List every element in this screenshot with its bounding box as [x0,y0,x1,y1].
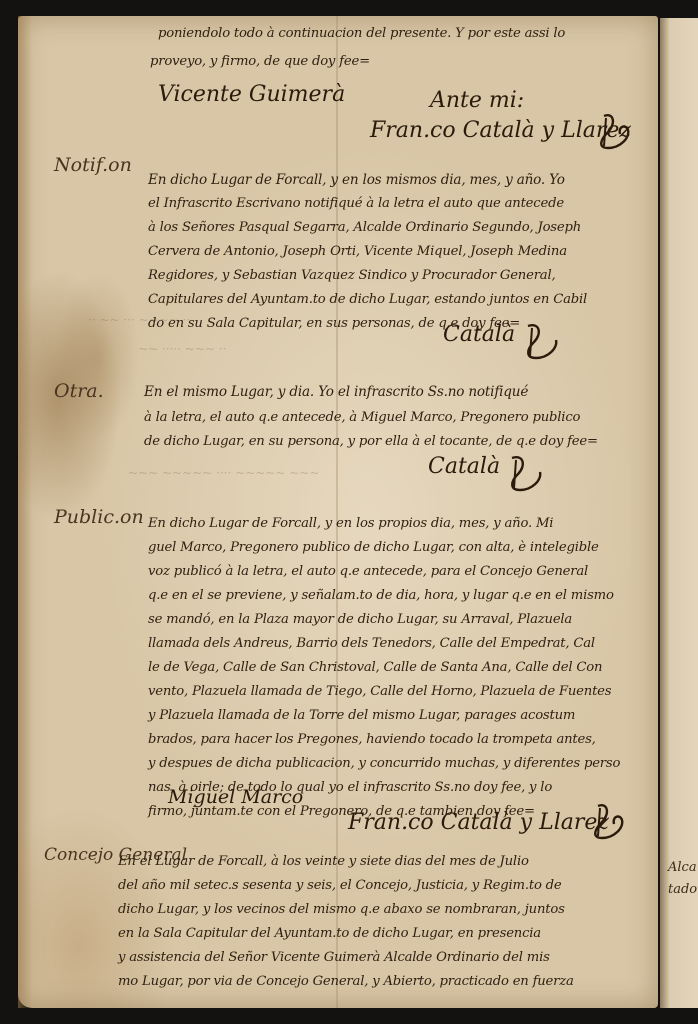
header-line: poniendolo todo à continuacion del prese… [158,26,565,41]
notary-rubric-icon [584,802,628,842]
notary-rubric-icon [590,112,634,152]
adjacent-text-fragment: Alca [668,860,697,875]
notary-rubric-icon [518,322,562,362]
text-line: y assistencia del Señor Vicente Guimerà … [118,950,550,965]
text-line: de dicho Lugar, en su persona, y por ell… [144,434,598,449]
bleed-through-text: ~~~ ~~~~~ ···· ~~~~~ ~~~ [128,466,319,480]
text-line: llamada dels Andreus, Barrio dels Tenedo… [148,636,595,651]
text-line: se mandó, en la Plaza mayor de dicho Lug… [148,612,572,627]
text-line: del año mil setec.s sesenta y seis, el C… [118,878,562,893]
signature-francisco-catala: Fran.co Català y Llarez [348,810,609,835]
ante-mi-label: Ante mi: [430,88,524,113]
text-line: guel Marco, Pregonero publico de dicho L… [148,540,599,555]
header-line: proveyo, y firmo, de que doy fee= [150,54,370,69]
adjacent-text-fragment: tado [668,882,697,897]
text-line: à los Señores Pasqual Segarra, Alcalde O… [148,220,581,235]
text-line: mo Lugar, por via de Concejo General, y … [118,974,574,989]
text-line: à la letra, el auto q.e antecede, à Migu… [144,410,580,425]
signature-vicente-guimera: Vicente Guimerà [158,82,345,107]
text-line: le de Vega, Calle de San Christoval, Cal… [148,660,602,675]
signature-catala: Català [443,322,515,347]
text-line: en la Sala Capitular del Ayuntam.to de d… [118,926,541,941]
manuscript-page: ·· ~~ ··· ~~~~ ·· ~~ ····· ~~~ ·· ~~~ ~~… [18,16,658,1008]
signature-miguel-marco: Miguel Marco [168,786,303,808]
text-line: En dicho Lugar de Forcall, y en los mism… [148,172,565,188]
notary-rubric-icon [502,454,546,494]
text-line: y despues de dicha publicacion, y concur… [148,756,620,771]
text-line: En el mismo Lugar, y dia. Yo el infrascr… [144,384,528,400]
text-line: Capitulares del Ayuntam.to de dicho Luga… [148,292,587,307]
text-line: y Plazuela llamada de la Torre del mismo… [148,708,575,723]
text-line: En dicho Lugar de Forcall, y en los prop… [148,516,553,531]
text-line: Cervera de Antonio, Joseph Orti, Vicente… [148,244,567,259]
adjacent-page-edge: Alca tado [660,18,698,1008]
text-line: brados, para hacer los Pregones, haviend… [148,732,596,747]
bleed-through-text: ~~ ····· ~~~ ·· [138,342,226,356]
text-line: vento, Plazuela llamada de Tiego, Calle … [148,684,611,699]
text-line: dicho Lugar, y los vecinos del mismo q.e… [118,902,565,917]
text-line: En el Lugar de Forcall, à los veinte y s… [118,854,529,869]
margin-label-otra: Otra. [54,380,104,402]
text-line: voz publicó à la letra, el auto q.e ante… [148,564,588,579]
margin-label-publicacion: Public.on [54,506,144,528]
margin-label-notificacion: Notif.on [54,154,132,176]
signature-catala: Català [428,454,500,479]
text-line: Regidores, y Sebastian Vazquez Sindico y… [148,268,555,283]
text-line: q.e en el se previene, y señalam.to de d… [148,588,614,603]
text-line: el Infrascrito Escrivano notifiqué à la … [148,196,564,211]
